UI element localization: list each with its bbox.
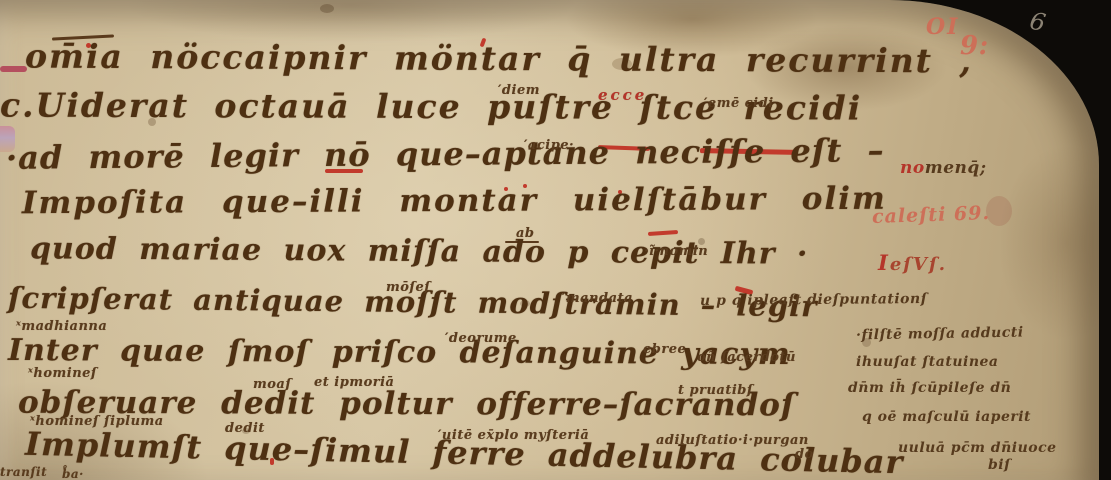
marginal-note: dn̄m ih̄ ſcūpileſe dn̄	[848, 381, 1011, 395]
interlinear-gloss: dedit	[225, 422, 265, 435]
interlinear-gloss: ′emē cidi	[704, 97, 774, 110]
interlinear-gloss: mōſeſ	[386, 281, 430, 294]
marginal-note: u p q ipleaſt dieſpuntationſ	[700, 292, 927, 308]
folio-number-pencil: 6	[1028, 9, 1048, 36]
rubric-rest: eſVſ.	[890, 254, 947, 275]
text-line: ·ad morē legir nō que–aptane neciſſe eſt…	[6, 134, 885, 174]
marginal-note: q oē maſculū iaperit	[862, 410, 1031, 424]
interlinear-gloss: ·ĩ·nomin	[644, 245, 708, 258]
interlinear-gloss: ebree	[643, 343, 686, 356]
marginal-note: uuluā pc̄m dn̄iuoce	[898, 441, 1057, 455]
text-line: Impoſita que–illi montar uielſtābur olim	[22, 184, 887, 220]
cutoff-gloss: b̊a·	[62, 468, 84, 480]
interlinear-gloss: ˣhomineſ ſipluma	[30, 415, 164, 428]
marginal-note: biſ	[988, 458, 1011, 472]
interlinear-gloss: ab	[516, 227, 535, 240]
stain-spot	[320, 4, 334, 13]
rubric-initial: I	[878, 250, 890, 275]
interlinear-gloss: ′mandata	[562, 292, 633, 305]
folio-number: 9:	[960, 33, 989, 59]
cutoff-gloss: tranſit	[0, 466, 47, 478]
interlinear-gloss: et ipmoriā	[314, 376, 394, 389]
interlinear-gloss: t pruatibſ	[678, 384, 753, 397]
interlinear-gloss: do	[795, 448, 814, 461]
marginal-note: ihuuſat ſtatuinea	[856, 355, 998, 369]
interlinear-gloss: ′acipe·	[524, 139, 574, 152]
manuscript-photo: om̄ia nöccaipnir möntar q̄ ultra recurri…	[0, 0, 1111, 480]
interlinear-gloss: ˣmadhianna	[16, 320, 107, 333]
folio-number: OI	[926, 16, 959, 38]
rubric-calesti: caleſti 69.	[872, 204, 991, 227]
interlinear-gloss: ′diem	[498, 84, 540, 97]
rubric-red-part: no	[900, 158, 925, 178]
rubric-brown-part: menq̄;	[925, 158, 987, 178]
interlinear-gloss-red: ecce	[598, 88, 647, 103]
interlinear-gloss: moaſ	[253, 378, 291, 391]
interlinear-gloss: adiluſtatio·i·purgan	[656, 434, 809, 447]
interlinear-gloss: ′uitē ex̄plo myſteriā	[438, 429, 589, 442]
marginal-note: ·filſtē moſſa adducti	[856, 326, 1024, 343]
rubric-iesus: IeſVſ.	[878, 252, 947, 274]
rubric-nomenque: nomenq̄;	[900, 160, 987, 177]
interlinear-gloss: ′deorume	[445, 332, 517, 345]
text-line: om̄ia nöccaipnir möntar q̄ ultra recurri…	[25, 40, 973, 78]
red-paragraph-dash	[0, 66, 27, 72]
interlinear-gloss: ˣhomineſ	[28, 367, 97, 380]
interlinear-gloss: oñ ſacerdotū	[697, 351, 796, 364]
